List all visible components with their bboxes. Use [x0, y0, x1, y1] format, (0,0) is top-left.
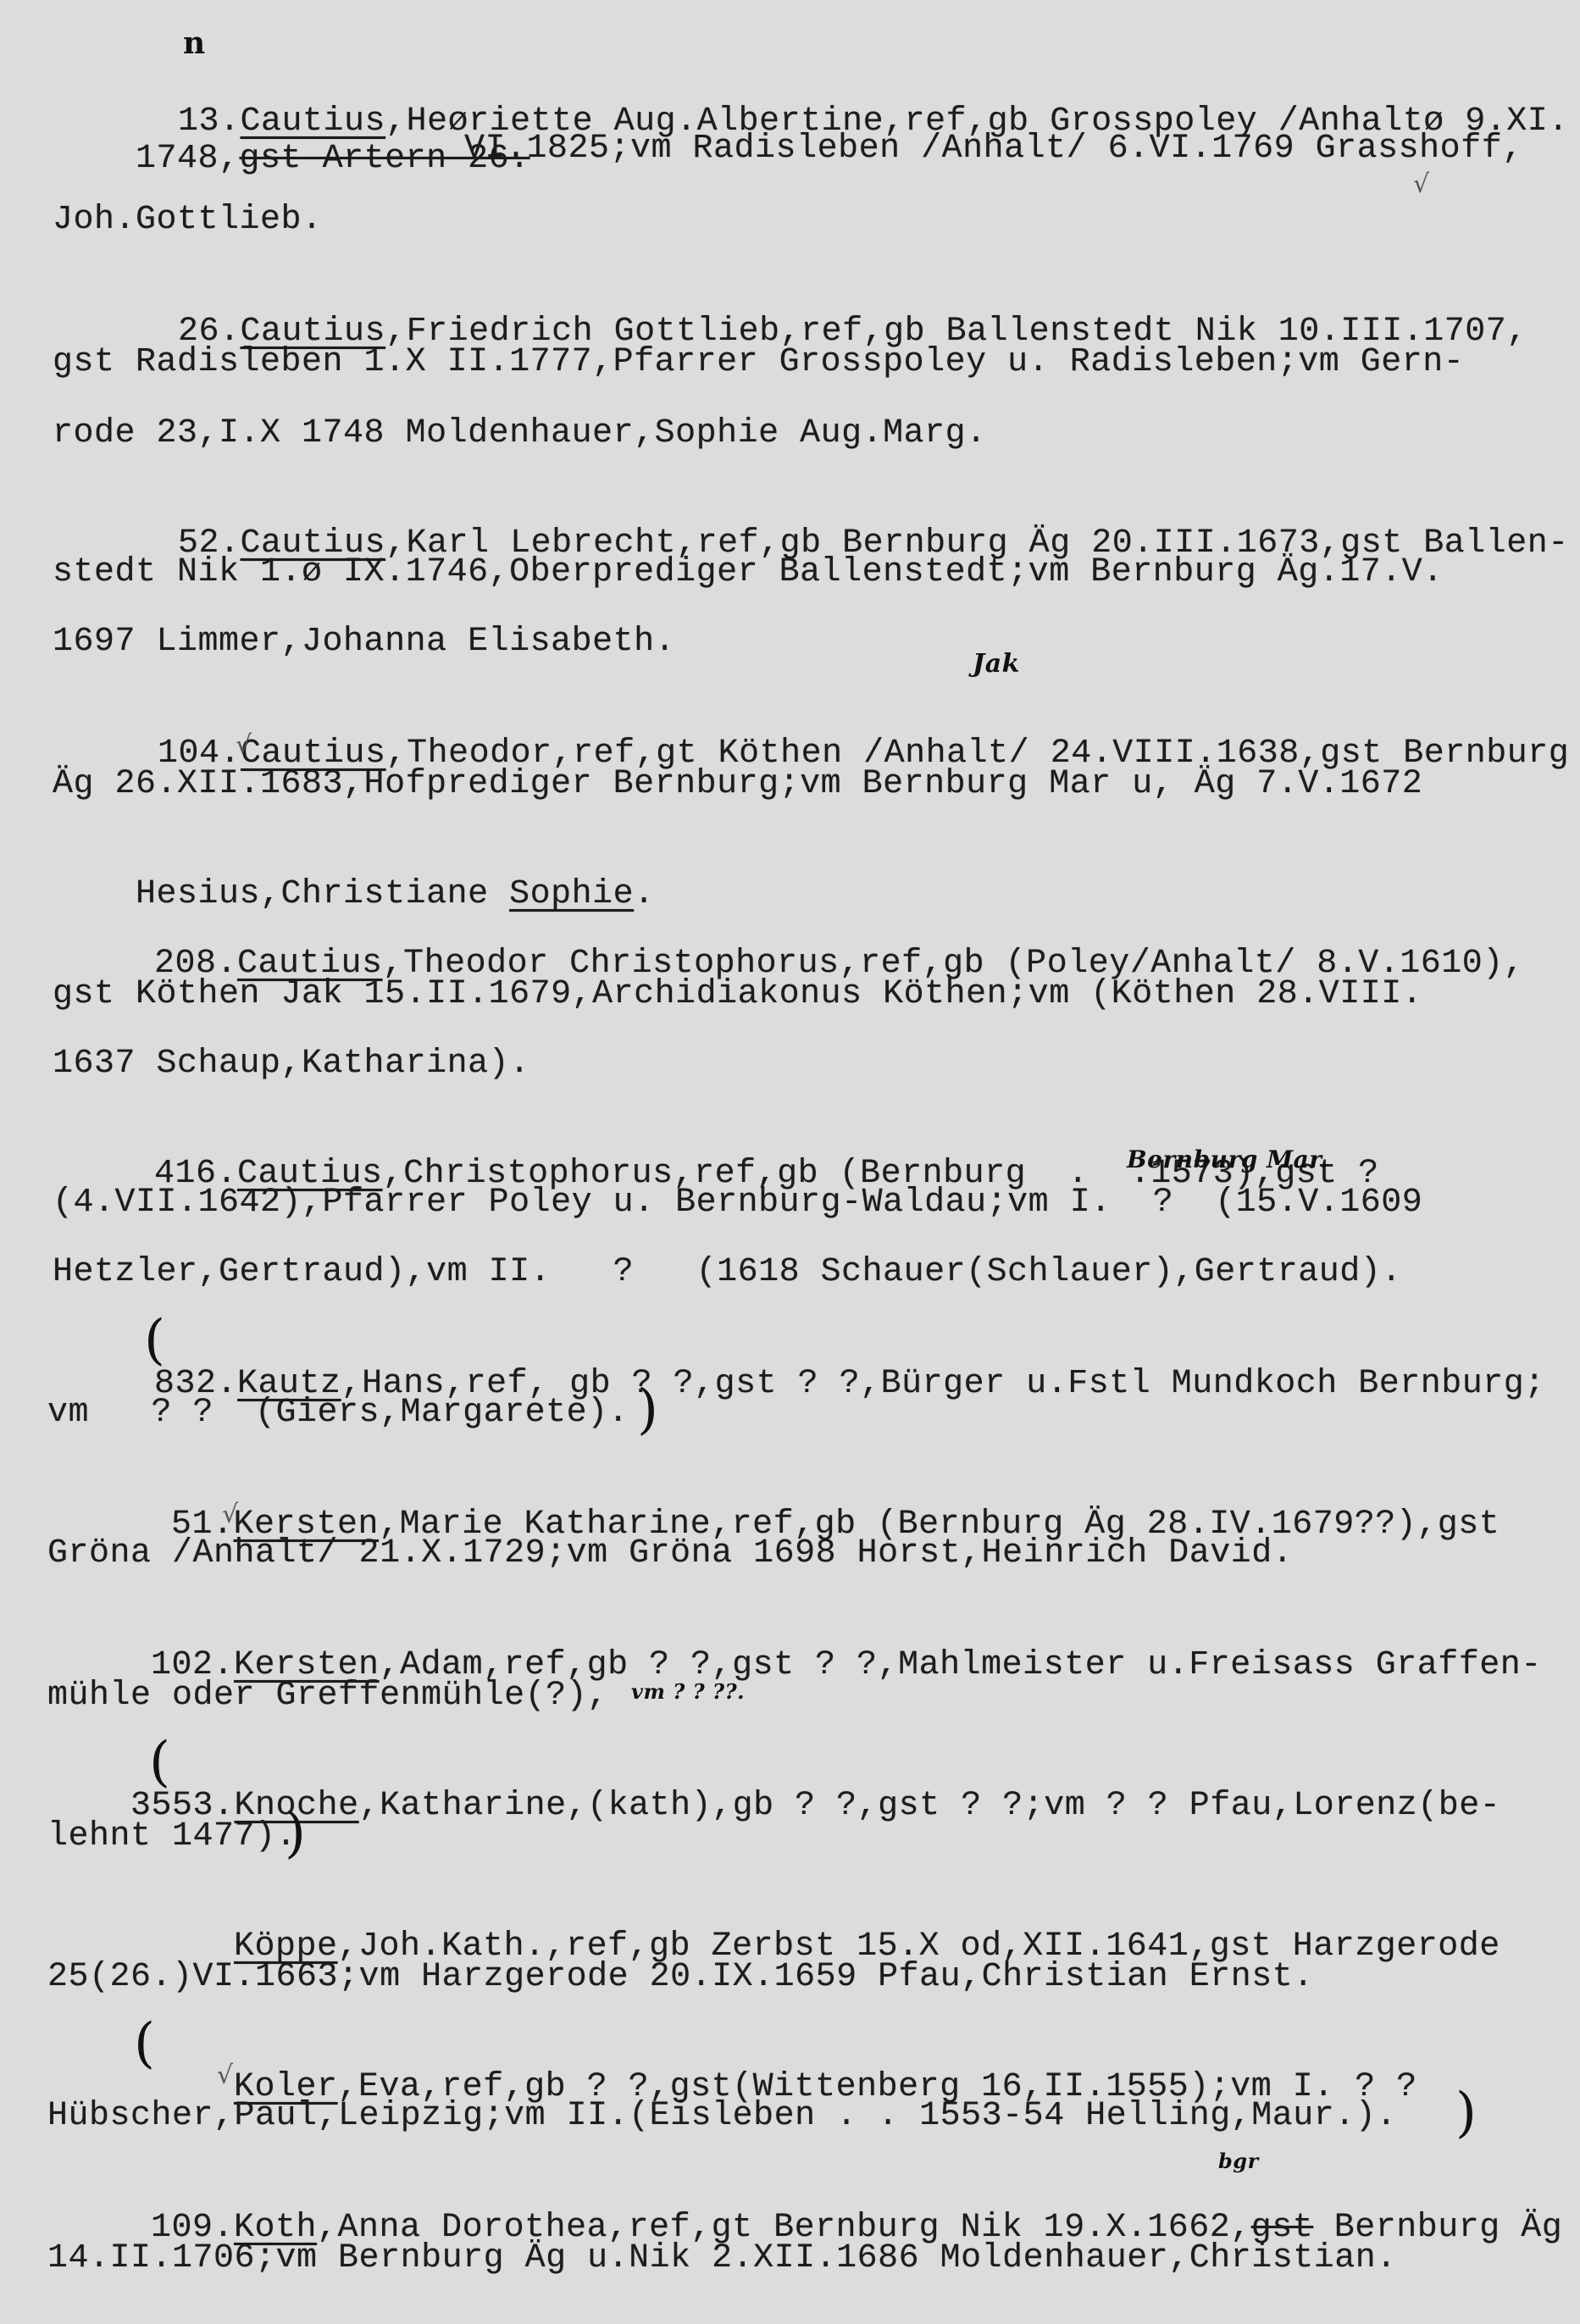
entry-52-line-2: stedt Nik 1.ø IX.1746,Oberprediger Balle… [53, 552, 1444, 593]
entry-3553-line-2: lehnt 1477). [47, 1816, 297, 1857]
entry-13-line-4: Joh.Gottlieb. [53, 200, 323, 241]
bracket-close: ) [1455, 2086, 1477, 2140]
bracket-close: ) [637, 1383, 658, 1437]
entry-text: ,Katharine,(kath),gb ? ?,gst ? ?;vm ? ? … [359, 1787, 1501, 1825]
check-mark-icon: √ [236, 730, 252, 760]
entry-koppe-line-2: 25(26.)VI.1663;vm Harzgerode 20.IX.1659 … [47, 1957, 1314, 1998]
entry-208-line-2: gst Köthen Jak 15.II.1679,Archidiakonus … [53, 974, 1422, 1015]
entry-832-line-2: vm ? ? (Giers,Margarete). [47, 1393, 629, 1434]
entry-text: 1748, [136, 140, 240, 178]
document-page: n 13.Cautius,Heøriette Aug.Albertine,ref… [0, 0, 1580, 2324]
entry-52-line-3: 1697 Limmer,Johanna Elisabeth. [53, 622, 675, 663]
entry-109-line-2: 14.II.1706;vm Bernburg Äg u.Nik 2.XII.16… [47, 2238, 1397, 2279]
entry-102-line-2: mühle oder Greffenmühle(?), [47, 1676, 608, 1717]
entry-208-line-3: 1637 Schaup,Katharina). [53, 1044, 530, 1084]
entry-51-line-2: Gröna /Anhalt/ 21.X.1729;vm Gröna 1698 H… [47, 1534, 1293, 1574]
check-mark-icon: √ [222, 1500, 239, 1529]
bracket-close: ) [285, 1806, 306, 1861]
handwritten-annotation-jak: Jak [973, 649, 1020, 679]
entry-416-line-3: Hetzler,Gertraud),vm II. ? (1618 Schauer… [53, 1252, 1402, 1293]
handwritten-annotation-vm: vm ? ? ??. [631, 1679, 745, 1704]
entry-416-line-2: (4.VII.1642),Pfarrer Poley u. Bernburg-W… [53, 1183, 1422, 1223]
handwritten-annotation-bernburg-mar: Bernburg Mar. [1127, 1145, 1328, 1173]
check-mark-icon: √ [1413, 169, 1430, 199]
entry-26-line-3: rode 23,I.X 1748 Moldenhauer,Sophie Aug.… [53, 413, 987, 454]
entry-13-line-3: VI.1825;vm Radisleben /Anhalt/ 6.VI.1769… [464, 129, 1523, 169]
entry-104-line-2: Äg 26.XII.1683,Hofprediger Bernburg;vm B… [53, 764, 1422, 805]
entry-koler-line-2: Hübscher,Paul,Leipzig;vm II.(Eisleben . … [47, 2096, 1397, 2137]
entry-26-line-2: gst Radisleben 1.X II.1777,Pfarrer Gross… [53, 342, 1464, 383]
check-mark-icon: √ [217, 2061, 234, 2090]
handwritten-correction-n: n [183, 25, 206, 61]
